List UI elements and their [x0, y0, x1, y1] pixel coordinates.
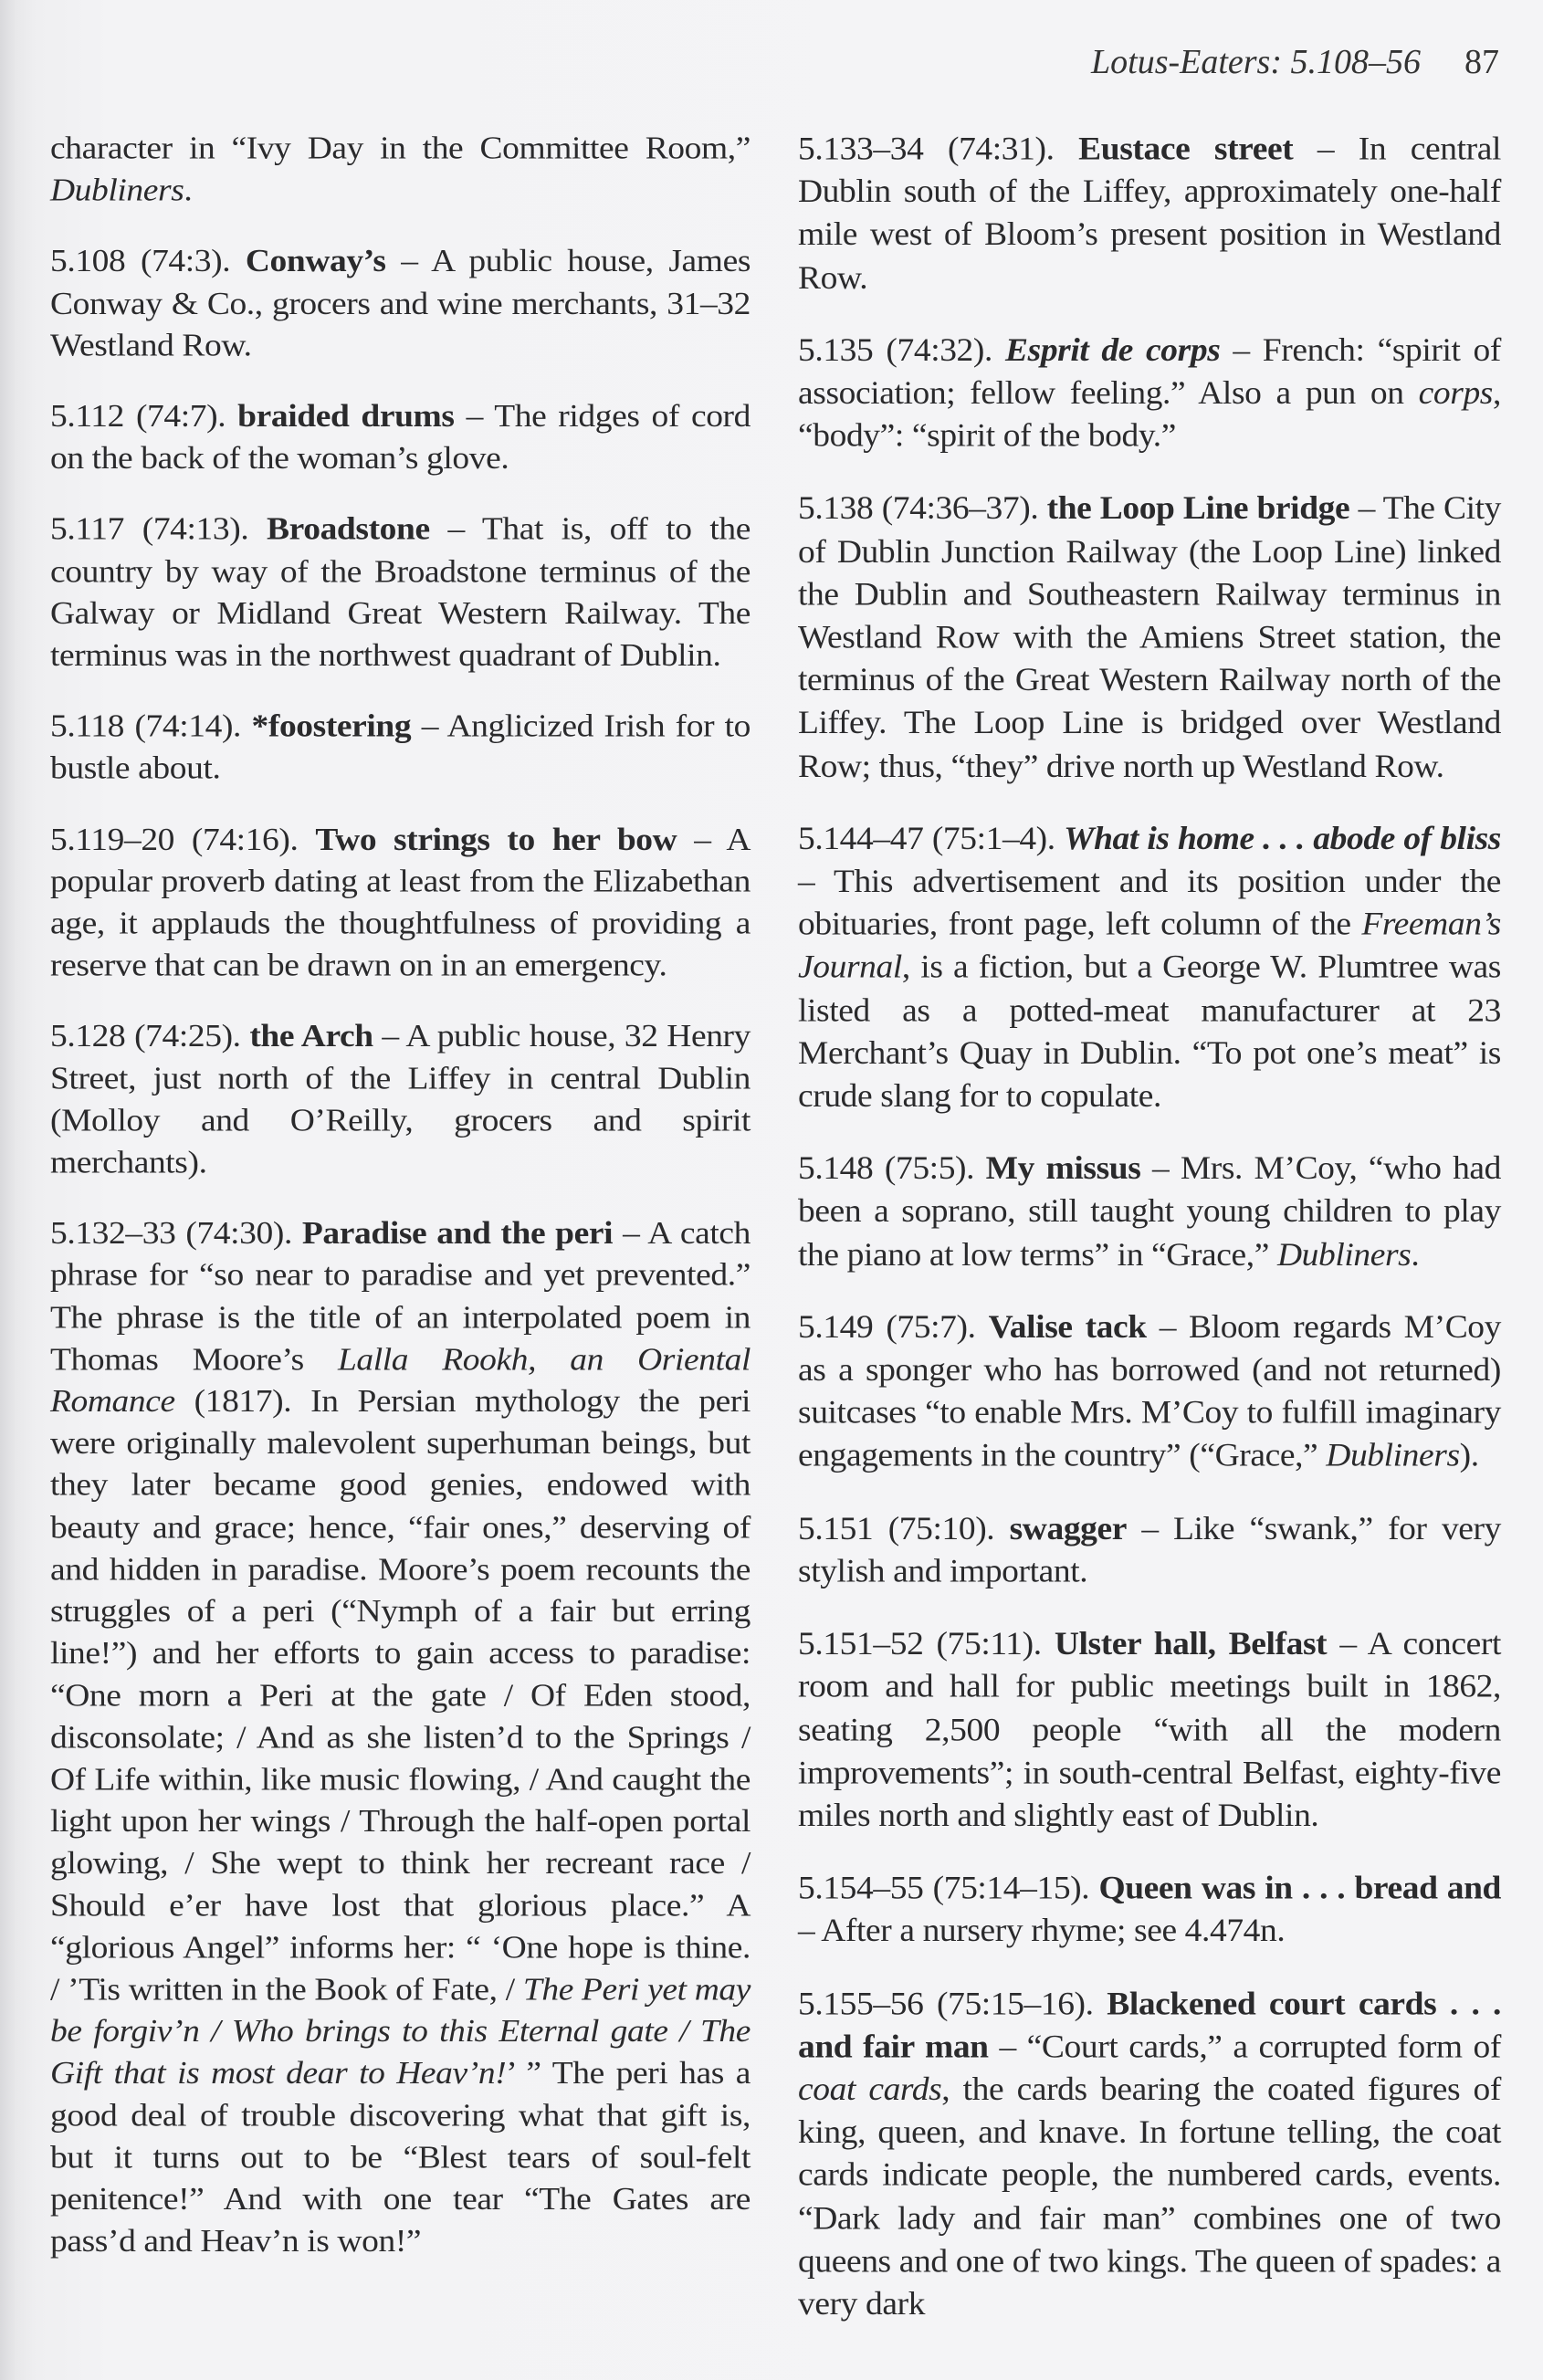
italic-text: Dubliners	[1277, 1237, 1411, 1273]
entry-body: – A catch phrase for “so near to paradis…	[50, 1216, 751, 2259]
entry-lemma: What is home . . . abode of bliss	[1064, 821, 1501, 856]
entry-body: – The City of Dublin Junction Railway (t…	[798, 491, 1501, 784]
annotation-entry: 5.151–52 (75:11). Ulster hall, Belfast –…	[798, 1623, 1501, 1838]
annotation-entry: 5.132–33 (74:30). Paradise and the peri …	[50, 1213, 751, 2263]
annotation-entry: 5.135 (74:32). Esprit de corps – French:…	[798, 330, 1501, 458]
italic-text: coat cards	[798, 2071, 941, 2107]
entry-body: – “Court cards,” a corrupted form of coa…	[798, 2029, 1501, 2322]
annotation-entry: 5.112 (74:7). braided drums – The ridges…	[50, 396, 751, 480]
entry-body: – This advertisement and its position un…	[798, 864, 1501, 1114]
page-number: 87	[1464, 37, 1499, 88]
entry-reference: 5.148 (75:5).	[798, 1151, 974, 1187]
entry-reference: 5.132–33 (74:30).	[50, 1216, 292, 1251]
entry-lemma: Valise tack	[989, 1309, 1147, 1345]
entry-lemma: Queen was in . . . bread and	[1098, 1871, 1501, 1906]
annotation-entry: 5.144–47 (75:1–4). What is home . . . ab…	[798, 818, 1501, 1118]
entry-lemma: *foostering	[252, 709, 412, 744]
entry-lemma: Two strings to her bow	[315, 823, 677, 857]
running-header: Lotus-Eaters: 5.108–56 87	[1091, 37, 1499, 88]
entry-reference: 5.128 (74:25).	[50, 1019, 241, 1054]
entry-reference: 5.117 (74:13).	[50, 512, 248, 547]
italic-text: Dubliners	[1326, 1438, 1459, 1473]
annotation-entry: 5.155–56 (75:15–16). Blackened court car…	[798, 1983, 1501, 2326]
entry-reference: 5.108 (74:3).	[50, 245, 230, 279]
entry-reference: 5.135 (74:32).	[798, 332, 992, 368]
running-title: Lotus-Eaters: 5.108–56	[1091, 37, 1421, 88]
annotation-entry: 5.149 (75:7). Valise tack – Bloom regard…	[798, 1306, 1501, 1478]
entry-reference: 5.133–34 (74:31).	[798, 131, 1055, 167]
entry-lemma: Esprit de corps	[1005, 332, 1220, 368]
entry-lemma: braided drums	[237, 399, 454, 434]
entry-reference: 5.119–20 (74:16).	[50, 823, 298, 857]
entry-reference: 5.112 (74:7).	[50, 399, 226, 434]
entry-lemma: swagger	[1010, 1511, 1127, 1546]
left-column: character in “Ivy Day in the Committee R…	[50, 128, 751, 2291]
entry-lemma: the Arch	[249, 1019, 373, 1054]
entry-lemma: Eustace street	[1078, 131, 1293, 167]
book-page: Lotus-Eaters: 5.108–56 87 character in “…	[0, 0, 1543, 2380]
entry-reference: 5.118 (74:14).	[50, 709, 241, 744]
entry-lemma: the Loop Line bridge	[1047, 491, 1350, 527]
work-title: Dubliners	[50, 173, 184, 208]
entry-lemma: Conway’s	[246, 245, 386, 279]
annotation-entry: 5.117 (74:13). Broadstone – That is, off…	[50, 509, 751, 676]
entry-lemma: Broadstone	[267, 512, 430, 547]
annotation-entry: 5.148 (75:5). My missus – Mrs. M’Coy, “w…	[798, 1148, 1501, 1276]
continuation-paragraph: character in “Ivy Day in the Committee R…	[50, 128, 751, 212]
italic-text: corps	[1419, 375, 1493, 411]
annotation-entry: 5.133–34 (74:31). Eustace street – In ce…	[798, 128, 1501, 299]
entry-lemma: Paradise and the peri	[302, 1216, 613, 1251]
entry-body: – After a nursery rhyme; see 4.474n.	[798, 1913, 1285, 1949]
right-column: 5.133–34 (74:31). Eustace street – In ce…	[798, 128, 1501, 2355]
entry-reference: 5.154–55 (75:14–15).	[798, 1871, 1089, 1906]
annotation-entry: 5.118 (74:14). *foostering – Anglicized …	[50, 706, 751, 790]
annotation-entry: 5.154–55 (75:14–15). Queen was in . . . …	[798, 1867, 1501, 1953]
annotation-entry: 5.151 (75:10). swagger – Like “swank,” f…	[798, 1507, 1501, 1593]
entry-reference: 5.151 (75:10).	[798, 1511, 994, 1546]
entry-reference: 5.144–47 (75:1–4).	[798, 821, 1055, 856]
entry-reference: 5.149 (75:7).	[798, 1309, 976, 1345]
entry-reference: 5.155–56 (75:15–16).	[798, 1986, 1094, 2021]
entry-lemma: Ulster hall, Belfast	[1055, 1626, 1327, 1662]
entry-lemma: My missus	[986, 1151, 1141, 1187]
entry-reference: 5.138 (74:36–37).	[798, 491, 1038, 527]
annotation-entry: 5.119–20 (74:16). Two strings to her bow…	[50, 819, 751, 987]
annotation-entry: 5.108 (74:3). Conway’s – A public house,…	[50, 241, 751, 367]
entry-reference: 5.151–52 (75:11).	[798, 1626, 1042, 1662]
annotation-entry: 5.128 (74:25). the Arch – A public house…	[50, 1016, 751, 1184]
annotation-entry: 5.138 (74:36–37). the Loop Line bridge –…	[798, 488, 1501, 788]
